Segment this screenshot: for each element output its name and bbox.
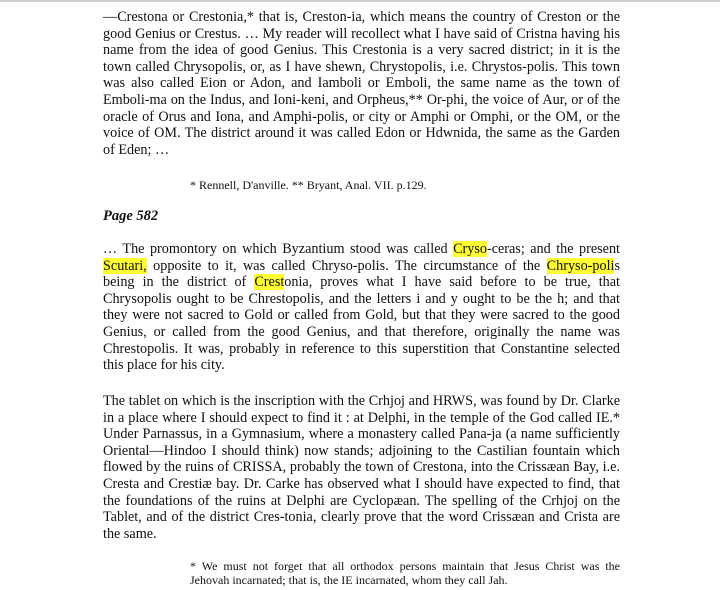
text-segment: opposite to it, was called Chryso-polis.… [147,258,547,274]
page-heading: Page 582 [103,208,158,225]
paragraph-byzantium: … The promontory on which Byzantium stoo… [103,241,620,374]
text-segment: … The promontory on which Byzantium stoo… [103,241,453,257]
search-highlight: Scutari, [103,258,147,274]
footnote-jehovah: * We must not forget that all orthodox p… [190,559,620,587]
paragraph-tablet-delphi: The tablet on which is the inscription w… [103,393,620,542]
text-segment: -ceras; and the present [487,241,620,257]
paragraph-crestonia: —Crestona or Crestonia,* that is, Cresto… [103,9,620,158]
search-highlight: Cryso [453,241,487,257]
search-highlight: Chryso-poli [547,258,615,274]
top-border [0,0,720,2]
footnote-rennell: * Rennell, D'anville. ** Bryant, Anal. V… [190,178,427,192]
search-highlight: Crest [254,274,284,290]
